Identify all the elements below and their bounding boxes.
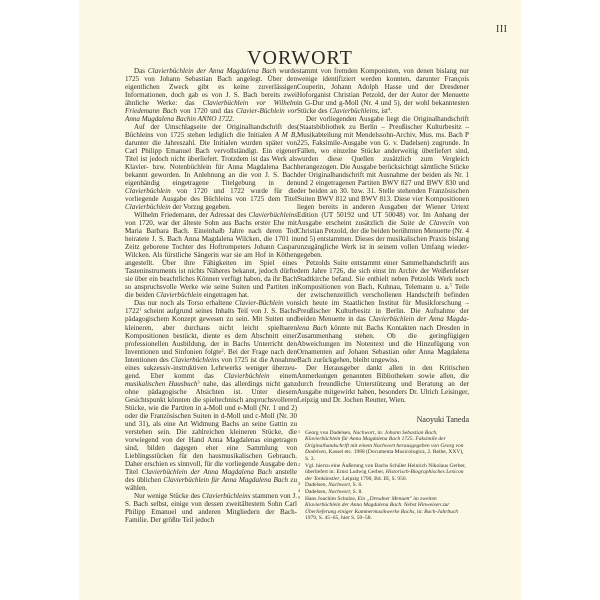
footnote-number: 4 [298, 488, 300, 495]
footnote-ref: 1 [139, 307, 141, 312]
footnote-ref: 3 [197, 379, 199, 384]
author-signature: Naoyuki Taneda [297, 415, 469, 425]
footnote: 5Hans Joachim Schulze, Ein „Dresdner Men… [297, 496, 469, 522]
page-number: III [496, 24, 508, 35]
footnote: 4Dadelsen, Nachwort, S. 8. [297, 489, 469, 496]
footnote-number: 3 [298, 481, 300, 488]
paragraph: Das Clavierbüchlein der Anna Magdalena B… [125, 67, 297, 123]
paragraph: Das nur noch als Torso erhaltene Clavier… [125, 299, 297, 491]
footnotes: 1Georg von Dadelsen, Nachwort, in: Johan… [297, 430, 469, 522]
right-column-body: stammt von fremden Komponisten, von dene… [297, 67, 469, 404]
footnote-ref: 4 [388, 107, 390, 112]
footnote-number: 1 [298, 429, 300, 436]
left-column: Das Clavierbüchlein der Anna Magdalena B… [125, 67, 297, 524]
paragraph: Auf der Umschlagseite der Originalhandsc… [125, 123, 297, 211]
footnote-number: 2 [298, 462, 300, 469]
footnote-ref: 5 [450, 283, 452, 288]
paragraph: Nur wenige Stücke des Clavierbüchleins s… [125, 492, 297, 524]
footnote: 1Georg von Dadelsen, Nachwort, in: Johan… [297, 430, 469, 463]
footnote-ref: 2 [221, 347, 223, 352]
footnote: 3Dadelsen, Nachwort, S. 6. [297, 482, 469, 489]
paragraph: Der Herausgeber dankt allen in den Kriti… [297, 364, 469, 404]
paragraph: Der vorliegenden Ausgabe liegt die Origi… [297, 115, 469, 259]
paragraph: Wilhelm Friedemann, der Adressat des Cla… [125, 211, 297, 299]
footnote: 2Vgl. hierzu eine Äußerung von Bachs Sch… [297, 463, 469, 483]
paragraph: stammt von fremden Komponisten, von dene… [297, 67, 469, 115]
footnote-number: 5 [298, 495, 300, 502]
right-column: stammt von fremden Komponisten, von dene… [297, 67, 469, 522]
paragraph: Petzolds Suite entstammt einer Sammelhan… [297, 259, 469, 363]
